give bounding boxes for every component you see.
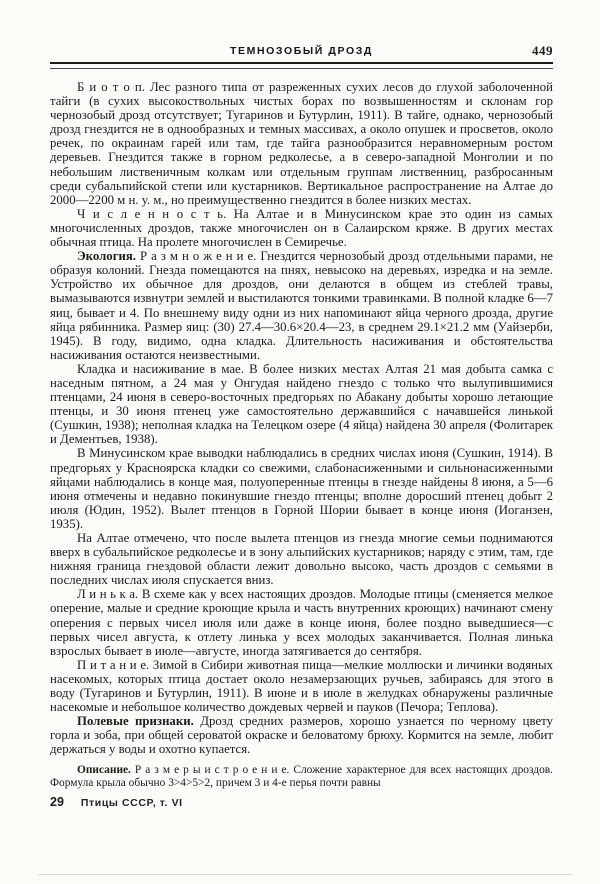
paragraph-ecology-breeding: Экология. Р а з м н о ж е н и е. Гнездит…	[50, 249, 553, 362]
paragraph-text: Ч и с л е н н о с т ь. На Алтае и в Мину…	[50, 207, 553, 249]
paragraph-text: Р а з м н о ж е н и е. Гнездится чернозо…	[50, 249, 553, 362]
paragraph-biotope: Б и о т о п. Лес разного типа от разреже…	[50, 80, 553, 207]
page-number: 449	[532, 43, 553, 59]
paragraph-clutch-incubation: Кладка и насиживание в мае. В более низк…	[50, 362, 553, 447]
paragraph-text: В Минусинском крае выводки наблюдались в…	[50, 446, 553, 530]
paragraph-feeding: П и т а н и е. Зимой в Сибири животная п…	[50, 658, 553, 714]
paragraph-abundance: Ч и с л е н н о с т ь. На Алтае и в Мину…	[50, 207, 553, 249]
paragraph-lead: Полевые признаки.	[77, 714, 194, 728]
header-rule	[50, 62, 553, 69]
edition-title: Птицы СССР, т. VI	[81, 797, 183, 809]
paragraph-minusinsk-broods: В Минусинском крае выводки наблюдались в…	[50, 446, 553, 531]
page-header: ТЕМНОЗОБЫЙ ДРОЗД 449	[50, 45, 553, 59]
paragraph-lead: Экология.	[77, 249, 136, 263]
paragraph-text: Л и н ь к а. В схеме как у всех настоящи…	[50, 587, 553, 657]
print-signature: 29	[50, 795, 64, 809]
paragraph-text: Кладка и насиживание в мае. В более низк…	[50, 362, 553, 446]
paragraph-field-marks: Полевые признаки. Дрозд средних размеров…	[50, 714, 553, 756]
paragraph-description: Описание. Р а з м е р ы и с т р о е н и …	[50, 764, 553, 790]
book-page: ТЕМНОЗОБЫЙ ДРОЗД 449 Б и о т о п. Лес ра…	[0, 0, 600, 884]
paragraph-molt: Л и н ь к а. В схеме как у всех настоящи…	[50, 587, 553, 657]
page-body: Б и о т о п. Лес разного типа от разреже…	[50, 80, 553, 790]
paragraph-lead: Описание.	[77, 764, 131, 776]
page-footer: 29 Птицы СССР, т. VI	[50, 795, 553, 809]
running-title: ТЕМНОЗОБЫЙ ДРОЗД	[50, 45, 553, 57]
paragraph-altai-postfledging: На Алтае отмечено, что после вылета птен…	[50, 531, 553, 587]
paragraph-text: На Алтае отмечено, что после вылета птен…	[50, 531, 553, 587]
scan-artifact-line	[38, 874, 572, 875]
paragraph-text: Б и о т о п. Лес разного типа от разреже…	[50, 80, 553, 207]
paragraph-text: П и т а н и е. Зимой в Сибири животная п…	[50, 658, 553, 714]
